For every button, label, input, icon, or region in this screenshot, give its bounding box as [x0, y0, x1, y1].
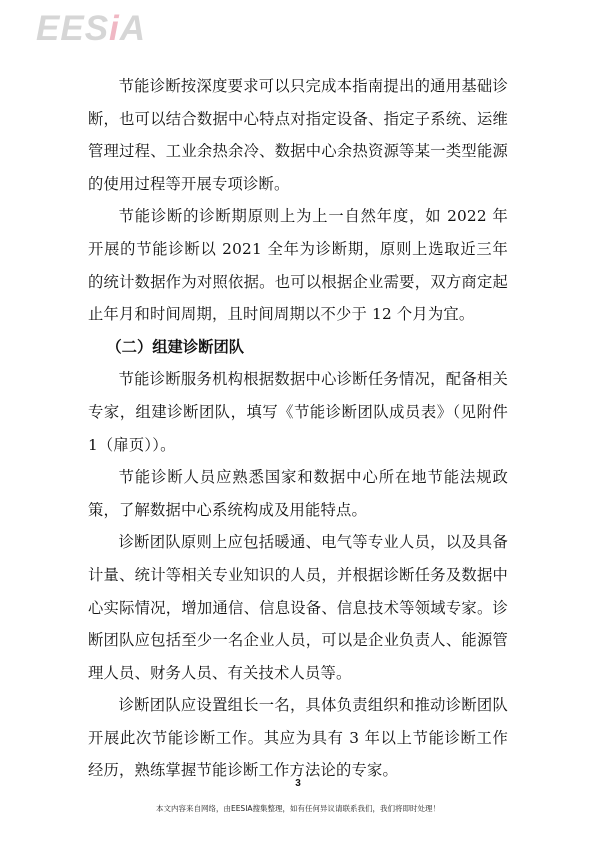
document-body: 节能诊断按深度要求可以只完成本指南提出的通用基础诊断，也可以结合数据中心特点对指…: [88, 70, 508, 787]
logo-accent: i: [109, 9, 120, 48]
section-heading: （二）组建诊断团队: [88, 331, 508, 364]
logo-text: EES: [36, 9, 109, 48]
page-number: 3: [0, 778, 596, 789]
footer-disclaimer: 本文内容来自网络，由EESIA搜集整理，如有任何异议请联系我们，我们将即时处理！: [0, 803, 596, 814]
paragraph: 诊断团队原则上应包括暖通、电气等专业人员，以及具备计量、统计等相关专业知识的人员…: [88, 526, 508, 689]
paragraph: 节能诊断人员应熟悉国家和数据中心所在地节能法规政策，了解数据中心系统构成及用能特…: [88, 461, 508, 526]
eesia-logo: EESiA: [36, 9, 146, 49]
paragraph: 诊断团队应设置组长一名，具体负责组织和推动诊断团队开展此次节能诊断工作。其应为具…: [88, 689, 508, 787]
paragraph: 节能诊断服务机构根据数据中心诊断任务情况，配备相关专家，组建诊断团队，填写《节能…: [88, 363, 508, 461]
paragraph: 节能诊断按深度要求可以只完成本指南提出的通用基础诊断，也可以结合数据中心特点对指…: [88, 70, 508, 200]
paragraph: 节能诊断的诊断期原则上为上一自然年度，如 2022 年开展的节能诊断以 2021…: [88, 200, 508, 330]
logo-text-tail: A: [120, 9, 146, 48]
